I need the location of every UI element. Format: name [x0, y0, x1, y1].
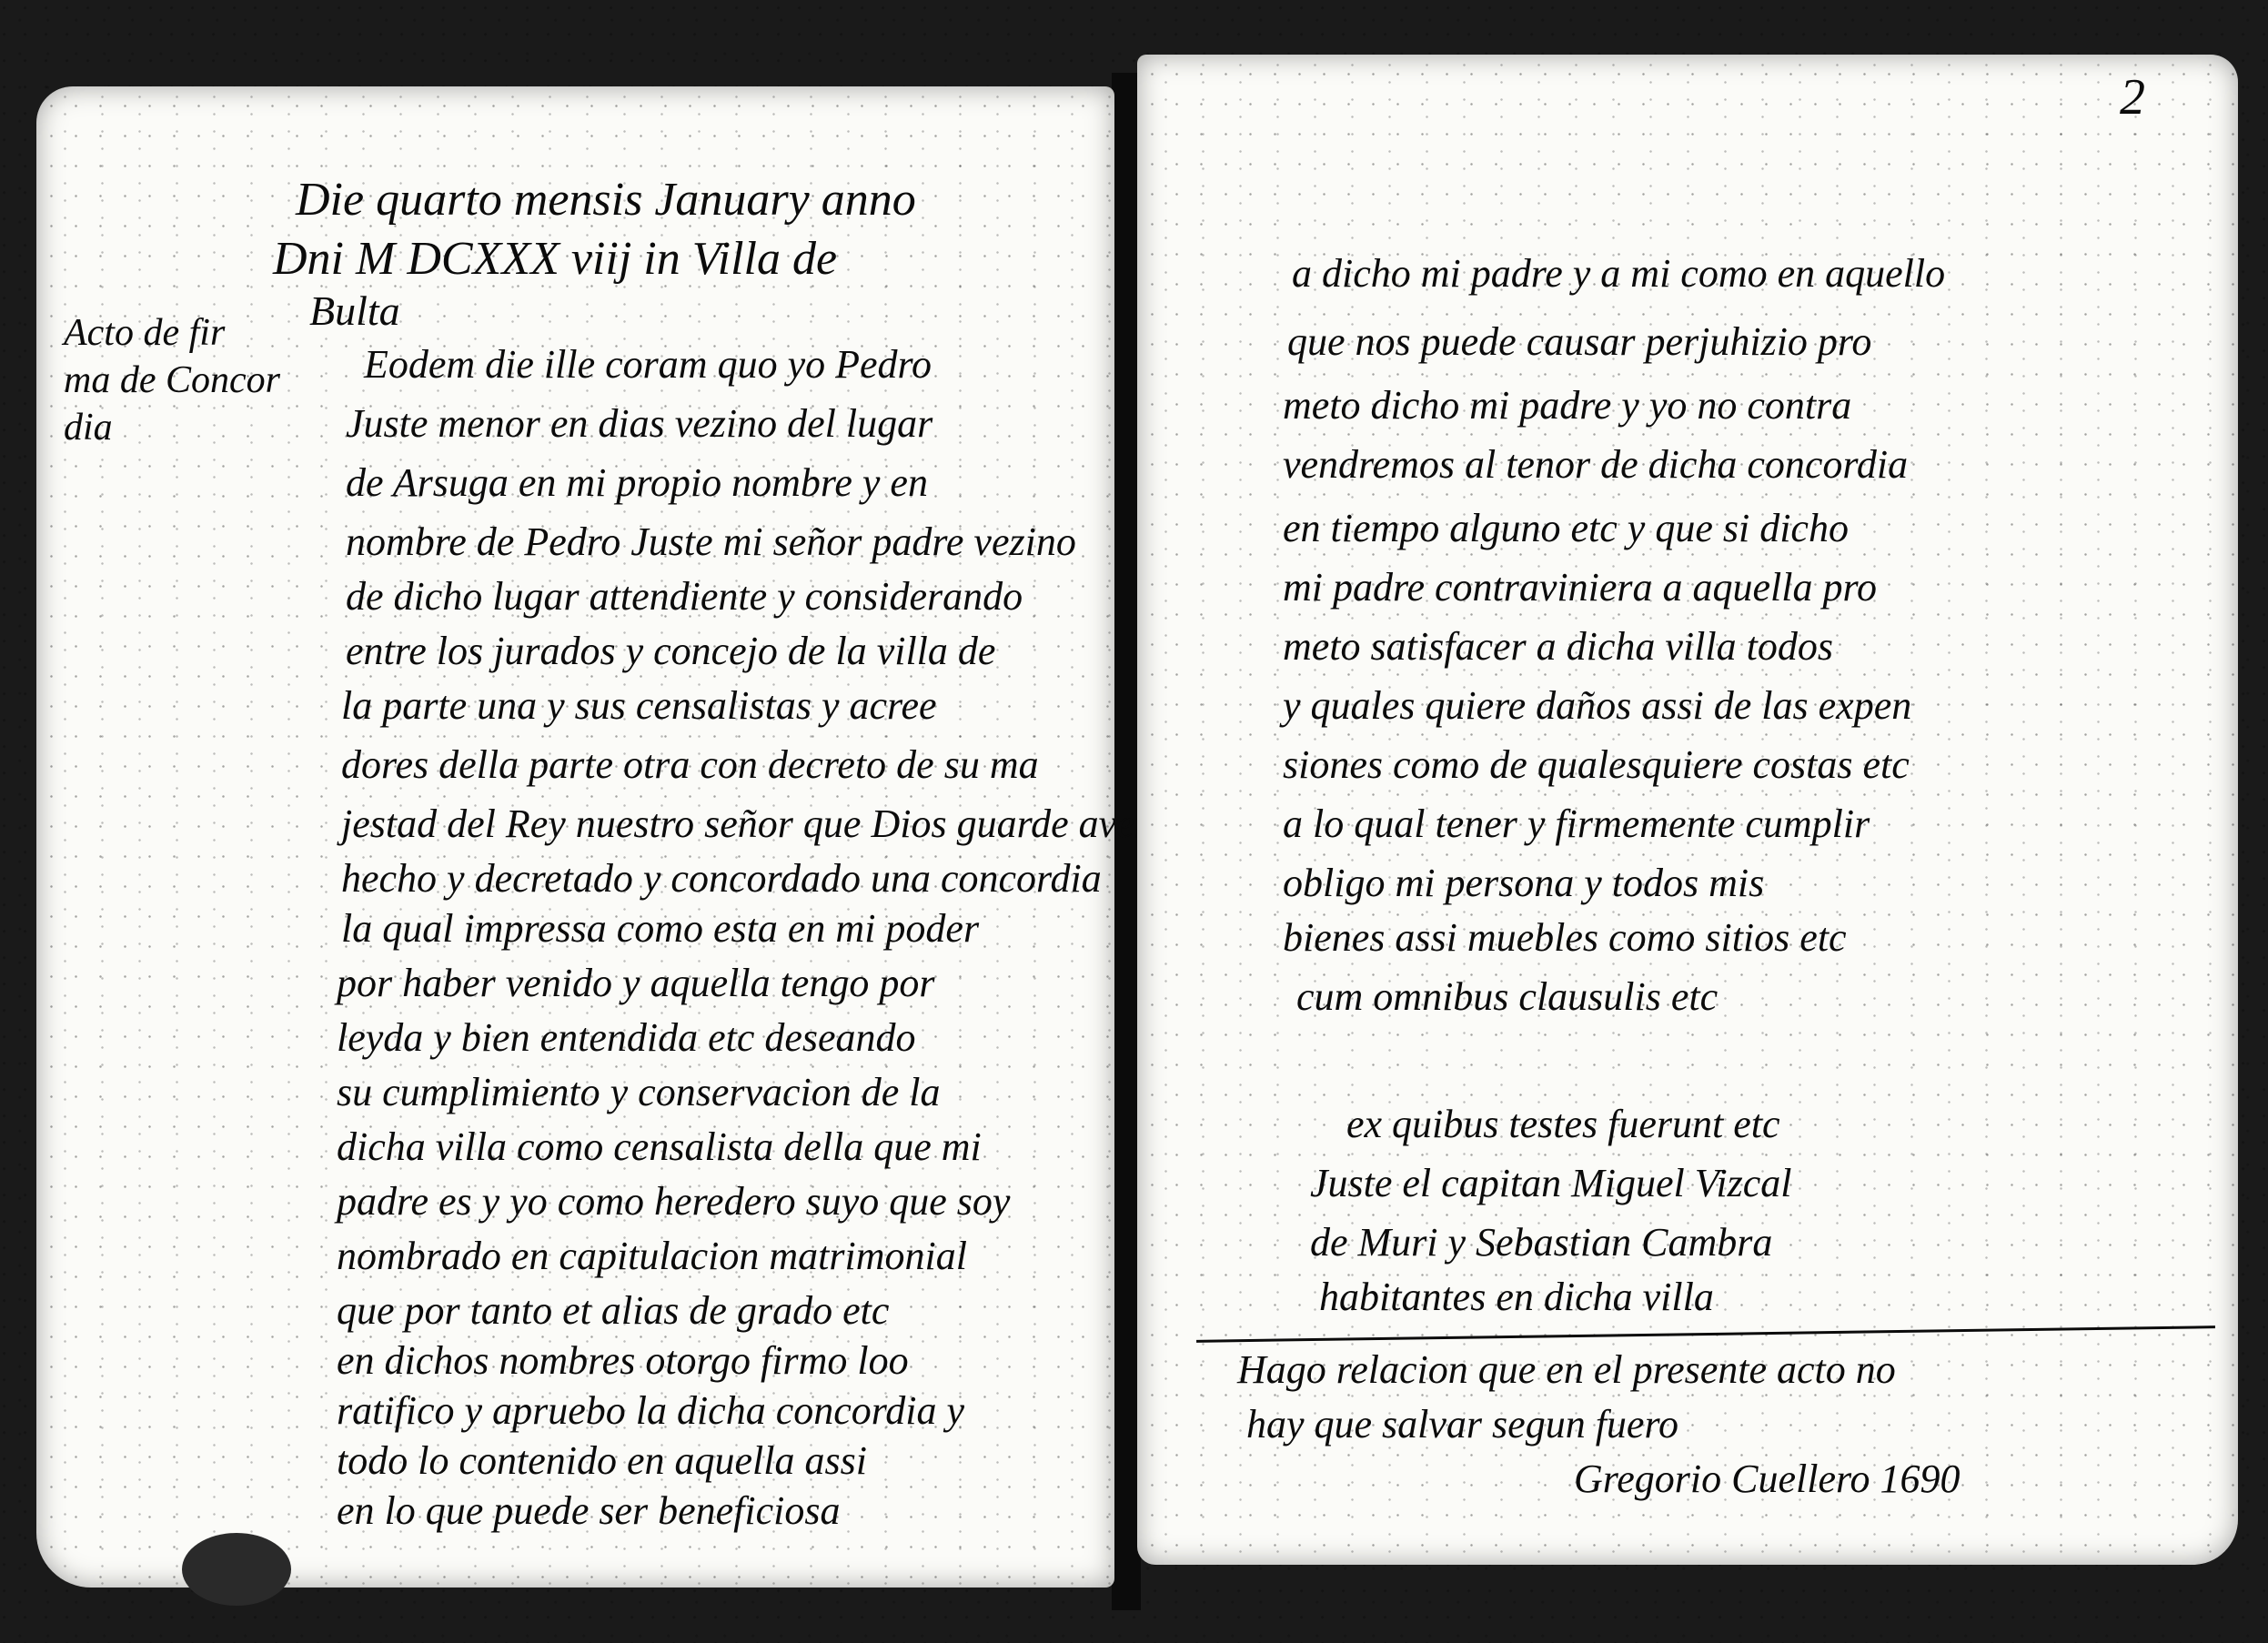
- page-number: 2: [2120, 68, 2145, 126]
- divider-rule: [1196, 1325, 2215, 1343]
- body-line: de Arsuga en mi propio nombre y en: [346, 459, 928, 506]
- body-line: nombre de Pedro Juste mi señor padre vez…: [346, 519, 1076, 565]
- body-line: que por tanto et alias de grado etc: [337, 1287, 889, 1334]
- witness-line: de Muri y Sebastian Cambra: [1310, 1219, 1772, 1265]
- right-page: 2 a dicho mi padre y a mi como en aquell…: [1137, 55, 2238, 1565]
- margin-note-line: dia: [64, 404, 280, 451]
- left-page: Die quarto mensis January anno Dni M DCX…: [36, 86, 1114, 1588]
- witness-line: Juste el capitan Miguel Vizcal: [1310, 1160, 1791, 1206]
- body-line: siones como de qualesquiere costas etc: [1283, 741, 1910, 788]
- body-line: la qual impressa como esta en mi poder: [341, 905, 979, 952]
- body-line: y quales quiere daños assi de las expen: [1283, 682, 1911, 729]
- body-line: leyda y bien entendida etc deseando: [337, 1014, 916, 1061]
- body-line: Juste menor en dias vezino del lugar: [346, 400, 932, 447]
- body-line: que nos puede causar perjuhizio pro: [1287, 318, 1871, 365]
- witness-line: habitantes en dicha villa: [1319, 1274, 1714, 1320]
- witness-line: ex quibus testes fuerunt etc: [1346, 1101, 1780, 1147]
- body-line: mi padre contraviniera a aquella pro: [1283, 564, 1877, 610]
- heading-line-3: Bulta: [309, 287, 400, 335]
- body-line: ratifico y apruebo la dicha concordia y: [337, 1387, 964, 1434]
- body-line: nombrado en capitulacion matrimonial: [337, 1233, 967, 1279]
- body-line: la parte una y sus censalistas y acree: [341, 682, 937, 729]
- heading-line-1: Die quarto mensis January anno: [296, 173, 916, 227]
- margin-note-line: Acto de fir: [64, 309, 280, 357]
- body-line: dores della parte otra con decreto de su…: [341, 741, 1039, 788]
- body-line: a lo qual tener y firmemente cumplir: [1283, 801, 1870, 847]
- heading-line-2: Dni M DCXXX viij in Villa de: [273, 232, 837, 286]
- body-line: en dichos nombres otorgo firmo loo: [337, 1337, 909, 1384]
- body-line: bienes assi muebles como sitios etc: [1283, 914, 1847, 961]
- body-line: dicha villa como censalista della que mi: [337, 1124, 982, 1170]
- body-line: a dicho mi padre y a mi como en aquello: [1292, 250, 1945, 297]
- body-line: en lo que puede ser beneficiosa: [337, 1487, 841, 1534]
- margin-note-line: ma de Concor: [64, 357, 280, 404]
- body-line: de dicho lugar attendiente y considerand…: [346, 573, 1023, 620]
- body-line: todo lo contenido en aquella assi: [337, 1437, 867, 1484]
- body-line: Eodem die ille coram quo yo Pedro: [364, 341, 932, 388]
- footer-line: Hago relacion que en el presente acto no: [1237, 1346, 1896, 1393]
- body-line: vendremos al tenor de dicha concordia: [1283, 441, 1908, 488]
- body-line: entre los jurados y concejo de la villa …: [346, 628, 995, 674]
- body-line: padre es y yo como heredero suyo que soy: [337, 1178, 1010, 1225]
- body-line: cum omnibus clausulis etc: [1296, 973, 1718, 1020]
- signature: Gregorio Cuellero 1690: [1574, 1456, 1961, 1502]
- body-line: meto satisfacer a dicha villa todos: [1283, 623, 1833, 670]
- footer-line: hay que salvar segun fuero: [1246, 1401, 1678, 1447]
- body-line: jestad del Rey nuestro señor que Dios gu…: [341, 801, 1150, 847]
- page-damage: [182, 1533, 291, 1606]
- body-line: meto dicho mi padre y yo no contra: [1283, 382, 1851, 428]
- margin-note: Acto de fir ma de Concor dia: [64, 309, 280, 451]
- body-line: hecho y decretado y concordado una conco…: [341, 855, 1102, 902]
- body-line: su cumplimiento y conservacion de la: [337, 1069, 941, 1115]
- body-line: por haber venido y aquella tengo por: [337, 960, 934, 1006]
- body-line: en tiempo alguno etc y que si dicho: [1283, 505, 1849, 551]
- body-line: obligo mi persona y todos mis: [1283, 860, 1764, 906]
